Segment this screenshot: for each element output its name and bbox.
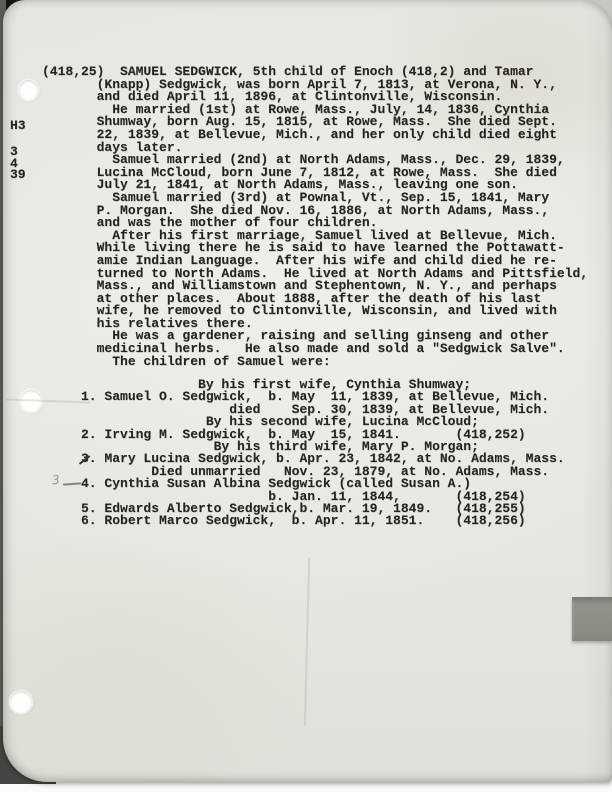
hole-punch [10,691,32,713]
index-tab [572,597,612,641]
margin-note: H3 [10,118,26,133]
pencil-renumber-note: 3 [51,473,60,488]
text-line: The children of Samuel were: [42,356,588,369]
body-text: (418,25) SAMUEL SEDGWICK, 5th child of E… [42,66,588,368]
children-list: By his first wife, Cynthia Shumway; 1. S… [42,379,565,528]
text-line: 6. Robert Marco Sedgwick, b. Apr. 11, 18… [42,515,565,527]
hole-punch [19,80,38,100]
margin-note: 39 [10,167,26,182]
scanned-page: H3 3 4 39 (418,25) SAMUEL SEDGWICK, 5th … [0,0,612,792]
